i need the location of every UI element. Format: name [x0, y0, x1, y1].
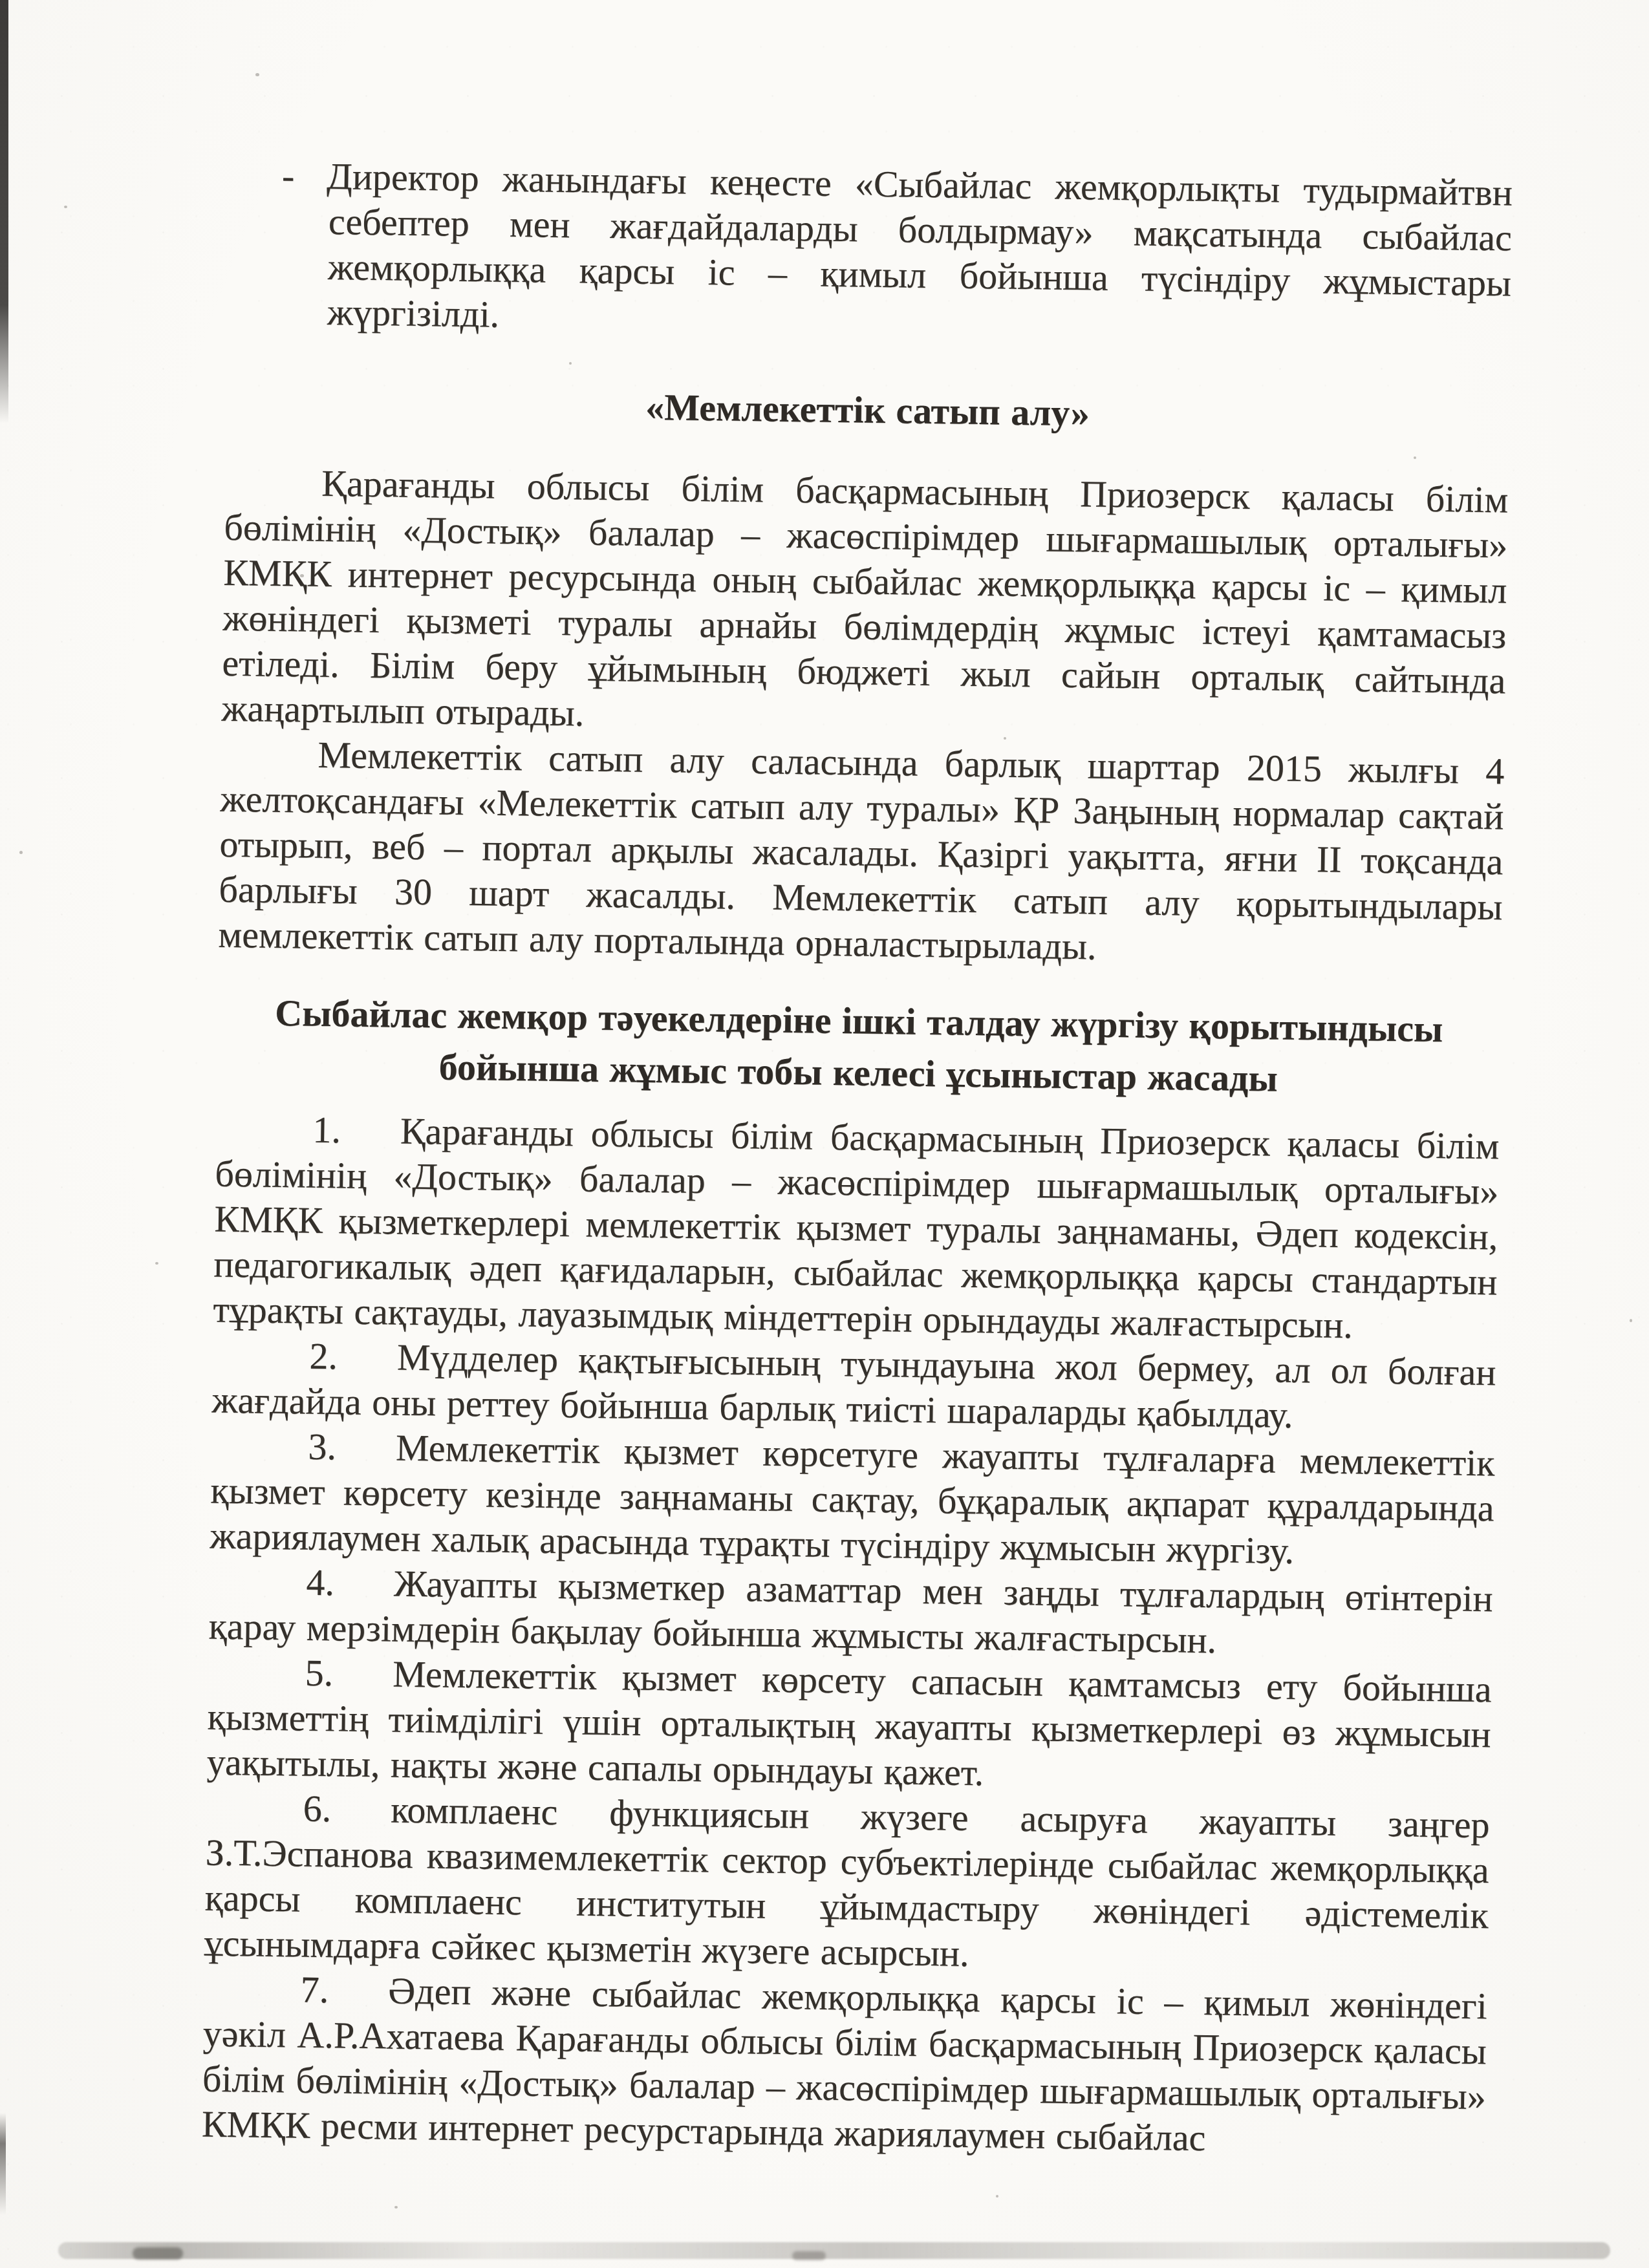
item-number: 7. [300, 1969, 329, 2011]
item-text: Әдеп және сыбайлас жемқорлыққа қарсы іс … [201, 1969, 1487, 2159]
document-content: -Директор жанындағы кеңесте «Сыбайлас же… [0, 0, 1649, 2166]
item-number: 3. [308, 1426, 336, 1468]
recommendations-heading: Сыбайлас жемқор тәуекелдеріне ішкі талда… [216, 987, 1501, 1108]
bullet-paragraph-text: Директор жанындағы кеңесте «Сыбайлас жем… [327, 155, 1513, 336]
body-paragraph-procurement-2: Мемлекеттік сатып алу саласында барлық ш… [218, 731, 1505, 976]
item-number: 6. [303, 1788, 331, 1830]
item-text: Жауапты қызметкер азаматтар мен заңды тұ… [208, 1563, 1493, 1662]
item-number: 5. [305, 1652, 333, 1695]
scan-artifact-bottom-streak [58, 2242, 1610, 2259]
numbered-item-1: 1.Қарағанды облысы білім басқармасының П… [213, 1106, 1500, 1351]
item-text: комплаенс функциясын жүзеге асыруға жауа… [204, 1789, 1490, 1975]
scan-artifact-smudge [792, 2251, 826, 2260]
numbered-item-4: 4.Жауапты қызметкер азаматтар мен заңды … [208, 1559, 1493, 1667]
item-text: Мемлекеттік қызмет көрсетуге жауапты тұл… [210, 1427, 1495, 1572]
numbered-item-6: 6.комплаенс функциясын жүзеге асыруға жа… [204, 1785, 1490, 1984]
bullet-paragraph: -Директор жанындағы кеңесте «Сыбайлас же… [227, 153, 1513, 352]
item-text: Мемлекеттік қызмет көрсету сапасын қамта… [206, 1653, 1492, 1794]
scan-speck [996, 2195, 998, 2198]
numbered-item-7: 7.Әдеп және сыбайлас жемқорлыққа қарсы і… [201, 1965, 1487, 2165]
scan-speck [394, 2206, 398, 2209]
numbered-item-5: 5.Мемлекеттік қызмет көрсету сапасын қам… [206, 1649, 1492, 1803]
item-number: 4. [306, 1561, 334, 1604]
bullet-dash: - [282, 155, 295, 197]
item-text: Мүдделер қақтығысының туындауына жол бер… [211, 1336, 1496, 1436]
scan-artifact-smudge [133, 2247, 183, 2260]
item-number: 2. [309, 1335, 338, 1378]
body-paragraph-procurement-1: Қарағанды облысы білім басқармасының При… [221, 460, 1509, 749]
item-text: Қарағанды облысы білім басқармасының При… [213, 1110, 1500, 1347]
numbered-item-3: 3.Мемлекеттік қызмет көрсетуге жауапты т… [210, 1423, 1495, 1577]
numbered-item-2: 2.Мүдделер қақтығысының туындауына жол б… [211, 1332, 1496, 1441]
scanned-document-page: -Директор жанындағы кеңесте «Сыбайлас же… [0, 0, 1649, 2268]
procurement-heading: «Мемлекеттік сатып алу» [226, 379, 1510, 442]
item-number: 1. [312, 1109, 341, 1151]
